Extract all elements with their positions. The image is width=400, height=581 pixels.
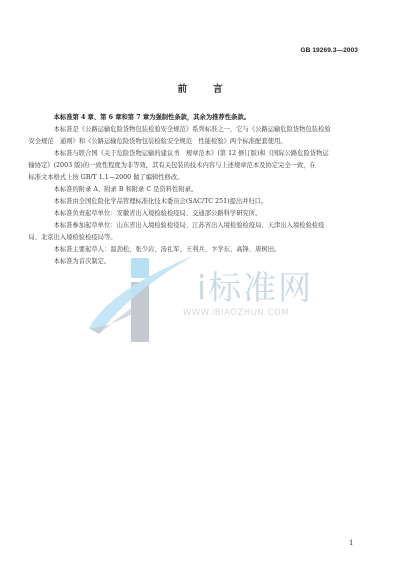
- text-line: 本标准由全国危险化学品管理标准化技术委员会(SAC/TC 251)提出并归口。: [41, 196, 371, 208]
- watermark: i标准网 WWW.iBIAOZHUN.COM: [85, 258, 335, 358]
- paragraph-drafters: 本标准主要起草人：温劲松、张少岩、汤礼军、王利兵、卞学东、高锋、唐树田。: [41, 244, 371, 256]
- paragraph-proposed-by: 本标准由全国危险化学品管理标准化技术委员会(SAC/TC 251)提出并归口。: [41, 196, 371, 208]
- text-line: 本标准是《公路运输危险货物包装检验安全规范》系列标准之一，它与《公路运输危险货物…: [41, 124, 371, 136]
- text-line: 本标准负责起草单位：安徽省出入境检验检疫局、交通部公路科学研究所。: [41, 208, 371, 220]
- text-line: 本标准的附录 A、附录 B 和附录 C 是资料性附录。: [41, 184, 371, 196]
- text-line: 标准文本格式上按 GB/T 1.1—2000 做了编辑性修改。: [28, 172, 371, 184]
- page-title: 前言: [0, 81, 400, 95]
- text-line: 本标准为首次制定。: [41, 256, 371, 268]
- text-line: 本标准参加起草单位：山东省出入境检验检疫局、江苏省出入境检验检疫局、天津出入境检…: [41, 220, 371, 232]
- page-number: 1: [349, 539, 353, 547]
- text-line: 本标准第 4 章、第 6 章和第 7 章为强制性条款，其余为推荐性条款。: [41, 112, 371, 124]
- paragraph-participating-units: 本标准参加起草单位：山东省出入境检验检疫局、江苏省出入境检验检疫局、天津出入境检…: [41, 220, 371, 244]
- document-body: 本标准第 4 章、第 6 章和第 7 章为强制性条款，其余为推荐性条款。 本标准…: [41, 112, 371, 268]
- paragraph-appendices: 本标准的附录 A、附录 B 和附录 C 是资料性附录。: [41, 184, 371, 196]
- text-line: 输协定》(2003 版)的一致性程度为非等效，其有关包装的技术内容与上述规章范本…: [28, 160, 371, 172]
- text-line: 局、北京出入境检验检疫局等。: [28, 232, 371, 244]
- paragraph-first-edition: 本标准为首次制定。: [41, 256, 371, 268]
- paragraph-consistency: 本标准与联合国《关于危险货物运输的建议书 规章范本》(第 12 修订版)和《国际…: [41, 148, 371, 184]
- paragraph-drafting-unit: 本标准负责起草单位：安徽省出入境检验检疫局、交通部公路科学研究所。: [41, 208, 371, 220]
- title-char-2: 言: [213, 81, 223, 95]
- watermark-url: WWW.iBIAOZHUN.COM: [183, 308, 289, 318]
- paragraph-series-relation: 本标准是《公路运输危险货物包装检验安全规范》系列标准之一，它与《公路运输危险货物…: [41, 124, 371, 148]
- title-char-1: 前: [177, 81, 187, 95]
- text-line: 安全规范 通则》和《公路运输危险货物包装检验安全规范 性能检验》两个标准配套使用…: [28, 136, 371, 148]
- watermark-text: i标准网: [197, 262, 313, 309]
- standard-code: GB 19269.3—2003: [300, 47, 358, 54]
- paragraph-mandatory-clauses: 本标准第 4 章、第 6 章和第 7 章为强制性条款，其余为推荐性条款。: [41, 112, 371, 124]
- text-line: 本标准与联合国《关于危险货物运输的建议书 规章范本》(第 12 修订版)和《国际…: [41, 148, 371, 160]
- text-line: 本标准主要起草人：温劲松、张少岩、汤礼军、王利兵、卞学东、高锋、唐树田。: [41, 244, 371, 256]
